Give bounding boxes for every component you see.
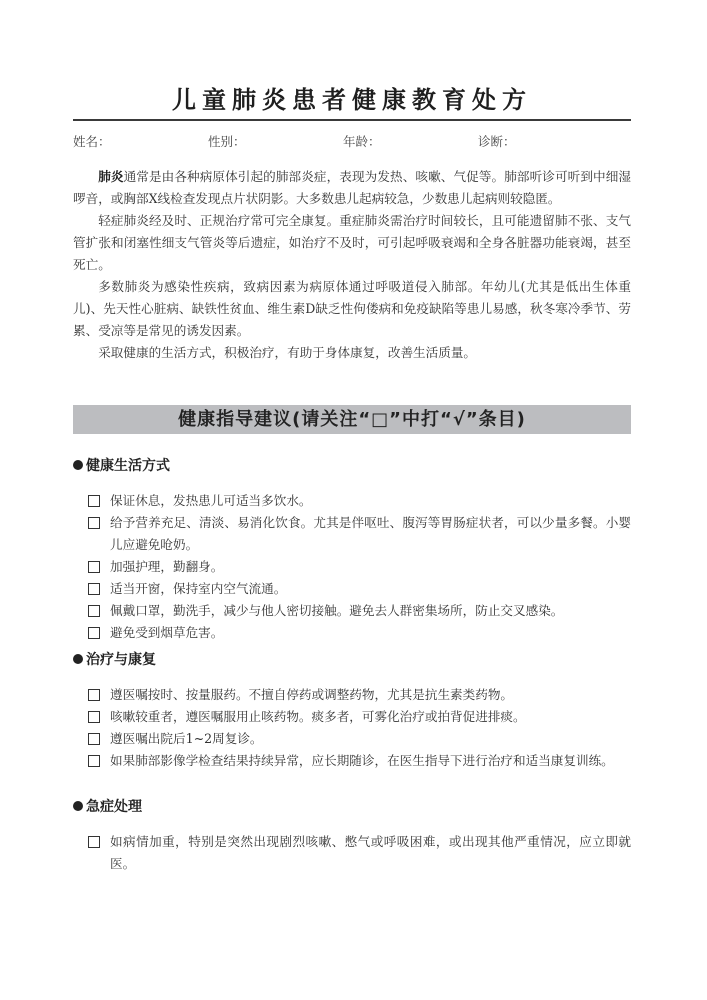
checkbox-icon[interactable] (88, 836, 100, 848)
section-emergency: 急症处理 如病情加重，特别是突然出现剧烈咳嗽、憋气或呼吸困难，或出现其他严重情况… (73, 797, 631, 875)
title-divider (73, 119, 631, 121)
section-heading-text: 治疗与康复 (86, 652, 156, 668)
checkbox-icon[interactable] (88, 561, 100, 573)
checklist-item-text: 保证休息，发热患儿可适当多饮水。 (110, 493, 312, 508)
intro-paragraph-2: 轻症肺炎经及时、正规治疗常可完全康复。重症肺炎需治疗时间较长，且可能遗留肺不张、… (73, 210, 631, 276)
checkbox-icon[interactable] (88, 733, 100, 745)
section-heading: 急症处理 (73, 797, 631, 817)
checkbox-icon[interactable] (88, 583, 100, 595)
section-heading-text: 急症处理 (86, 799, 142, 815)
document-title: 儿童肺炎患者健康教育处方 (73, 80, 631, 115)
checklist-item: 给予营养充足、清淡、易消化饮食。尤其是伴呕吐、腹泻等胃肠症状者，可以少量多餐。小… (73, 512, 631, 556)
checklist-item: 咳嗽较重者，遵医嘱服用止咳药物。痰多者，可雾化治疗或拍背促进排痰。 (73, 706, 631, 728)
checkbox-icon[interactable] (88, 495, 100, 507)
checklist-item-text: 遵医嘱出院后1~2周复诊。 (110, 731, 263, 746)
term-pneumonia: 肺炎 (98, 169, 123, 184)
checklist-item: 遵医嘱按时、按量服药。不擅自停药或调整药物，尤其是抗生素类药物。 (73, 684, 631, 706)
checklist-item: 加强护理，勤翻身。 (73, 556, 631, 578)
checkbox-icon[interactable] (88, 517, 100, 529)
checklist-item: 保证休息，发热患儿可适当多饮水。 (73, 490, 631, 512)
checklist-item-text: 咳嗽较重者，遵医嘱服用止咳药物。痰多者，可雾化治疗或拍背促进排痰。 (110, 709, 526, 724)
section-heading-text: 健康生活方式 (86, 458, 170, 474)
field-diagnosis[interactable]: 诊断： (478, 132, 516, 150)
checklist-item-text: 给予营养充足、清淡、易消化饮食。尤其是伴呕吐、腹泻等胃肠症状者，可以少量多餐。小… (110, 515, 631, 552)
intro-paragraph-1: 肺炎通常是由各种病原体引起的肺部炎症，表现为发热、咳嗽、气促等。肺部听诊可听到中… (73, 166, 631, 210)
bullet-icon (73, 801, 83, 811)
checklist-item-text: 避免受到烟草危害。 (110, 625, 223, 640)
checklist-item-text: 加强护理，勤翻身。 (110, 559, 223, 574)
checklist-item-text: 佩戴口罩，勤洗手，减少与他人密切接触。避免去人群密集场所，防止交叉感染。 (110, 603, 563, 618)
intro-paragraph-1-text: 通常是由各种病原体引起的肺部炎症，表现为发热、咳嗽、气促等。肺部听诊可听到中细湿… (73, 169, 631, 206)
field-gender[interactable]: 性别： (208, 132, 246, 150)
section-treatment: 治疗与康复 遵医嘱按时、按量服药。不擅自停药或调整药物，尤其是抗生素类药物。 咳… (73, 650, 631, 772)
checklist-item-text: 如病情加重，特别是突然出现剧烈咳嗽、憋气或呼吸困难，或出现其他严重情况，应立即就… (110, 834, 631, 871)
field-name[interactable]: 姓名： (73, 132, 111, 150)
field-age[interactable]: 年龄： (343, 132, 381, 150)
intro-paragraph-4: 采取健康的生活方式，积极治疗，有助于身体康复，改善生活质量。 (73, 342, 631, 364)
checklist-item: 遵医嘱出院后1~2周复诊。 (73, 728, 631, 750)
bullet-icon (73, 654, 83, 664)
bullet-icon (73, 460, 83, 470)
checkbox-icon[interactable] (88, 689, 100, 701)
guidance-banner: 健康指导建议(请关注“□”中打“√”条目) (73, 405, 631, 434)
intro-paragraph-3: 多数肺炎为感染性疾病，致病因素为病原体通过呼吸道侵入肺部。年幼儿(尤其是低出生体… (73, 276, 631, 342)
checkbox-icon[interactable] (88, 755, 100, 767)
checklist-item: 如果肺部影像学检查结果持续异常，应长期随诊，在医生指导下进行治疗和适当康复训练。 (73, 750, 631, 772)
checklist-item-text: 适当开窗，保持室内空气流通。 (110, 581, 286, 596)
section-lifestyle: 健康生活方式 保证休息，发热患儿可适当多饮水。 给予营养充足、清淡、易消化饮食。… (73, 456, 631, 644)
checkbox-icon[interactable] (88, 605, 100, 617)
checklist-item-text: 遵医嘱按时、按量服药。不擅自停药或调整药物，尤其是抗生素类药物。 (110, 687, 513, 702)
checklist-item: 避免受到烟草危害。 (73, 622, 631, 644)
checkbox-icon[interactable] (88, 627, 100, 639)
section-heading: 健康生活方式 (73, 456, 631, 476)
checklist-item: 如病情加重，特别是突然出现剧烈咳嗽、憋气或呼吸困难，或出现其他严重情况，应立即就… (73, 831, 631, 875)
checkbox-icon[interactable] (88, 711, 100, 723)
checklist-item: 适当开窗，保持室内空气流通。 (73, 578, 631, 600)
checklist-item: 佩戴口罩，勤洗手，减少与他人密切接触。避免去人群密集场所，防止交叉感染。 (73, 600, 631, 622)
checklist-item-text: 如果肺部影像学检查结果持续异常，应长期随诊，在医生指导下进行治疗和适当康复训练。 (110, 753, 614, 768)
intro-text: 肺炎通常是由各种病原体引起的肺部炎症，表现为发热、咳嗽、气促等。肺部听诊可听到中… (73, 166, 631, 364)
section-heading: 治疗与康复 (73, 650, 631, 670)
